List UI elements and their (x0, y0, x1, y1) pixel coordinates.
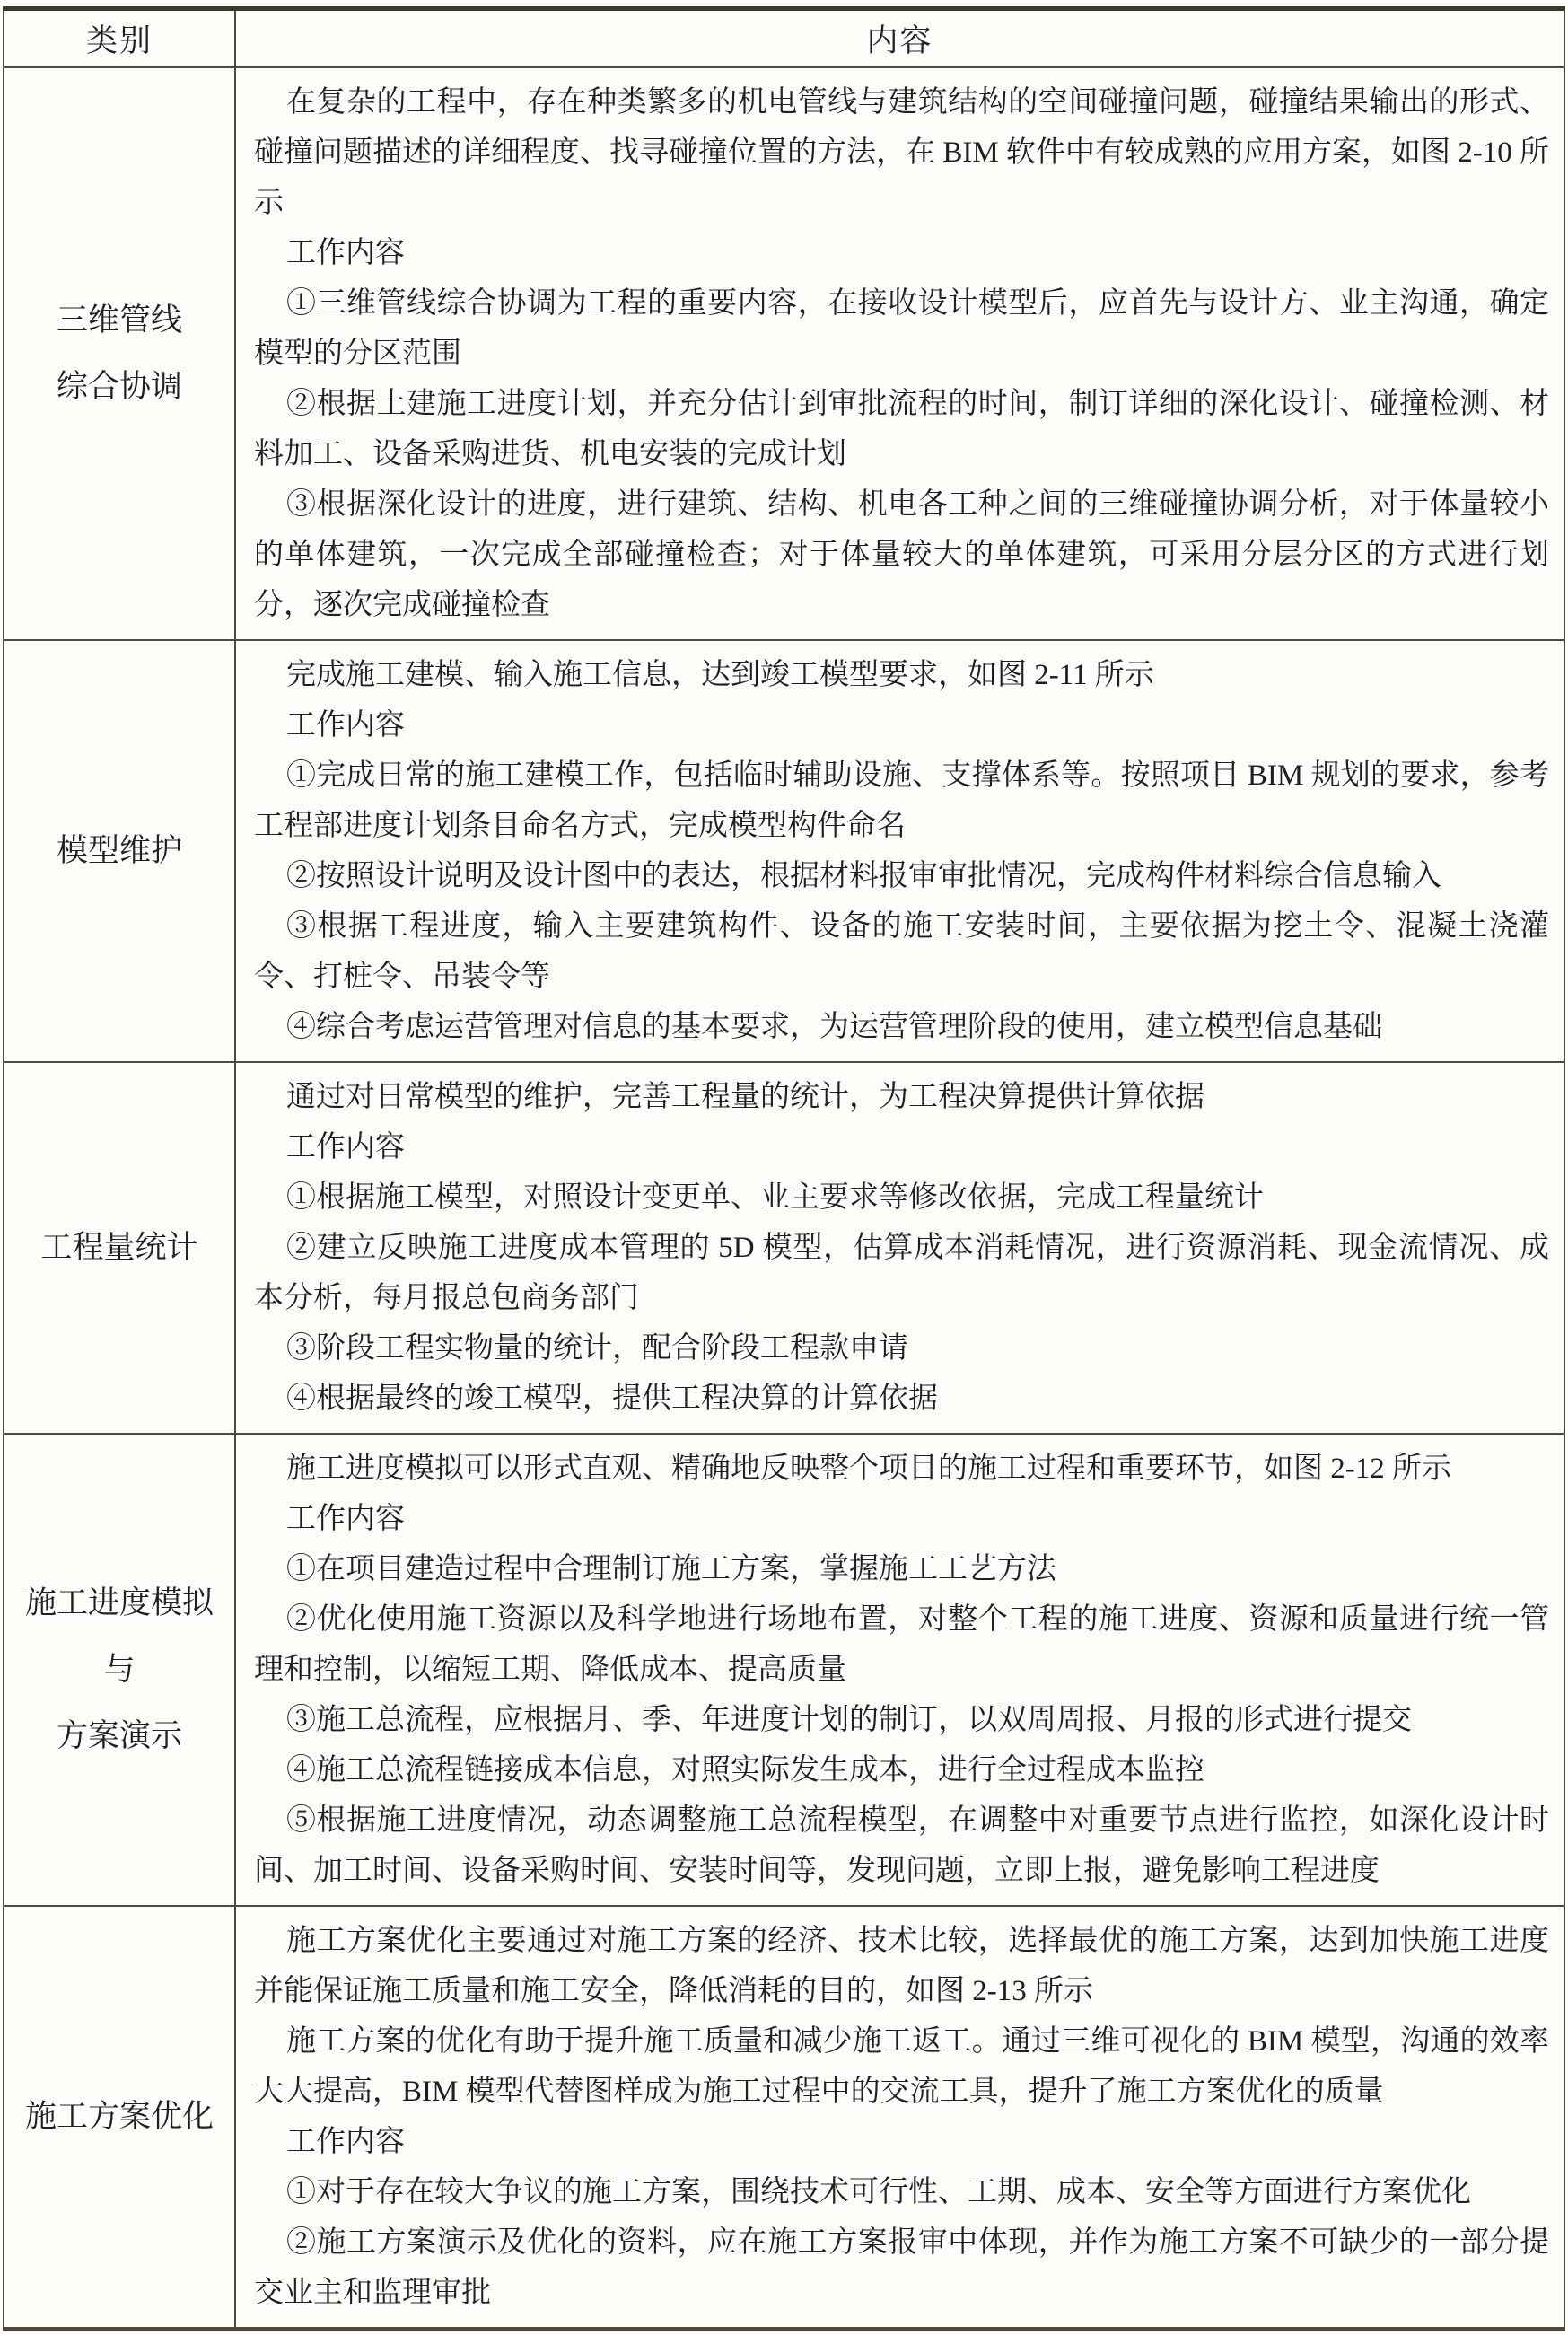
content-paragraph: 完成施工建模、输入施工信息，达到竣工模型要求，如图 2-11 所示 (254, 650, 1549, 700)
content-paragraph: ①在项目建造过程中合理制订施工方案，掌握施工工艺方法 (254, 1544, 1549, 1594)
content-paragraph: ⑤根据施工进度情况，动态调整施工总流程模型，在调整中对重要节点进行监控，如深化设… (254, 1795, 1549, 1896)
content-paragraph: 工作内容 (254, 1494, 1549, 1544)
content-paragraph: ③阶段工程实物量的统计，配合阶段工程款申请 (254, 1323, 1549, 1374)
content-paragraph: 施工方案的优化有助于提升施工质量和减少施工返工。通过三维可视化的 BIM 模型，… (254, 2016, 1549, 2117)
content-cell: 通过对日常模型的维护，完善工程量的统计，为工程决算提供计算依据工作内容①根据施工… (235, 1062, 1564, 1434)
category-cell: 施工方案优化 (4, 1906, 235, 2329)
category-cell: 工程量统计 (4, 1062, 235, 1434)
header-content: 内容 (235, 9, 1564, 68)
content-paragraph: 工作内容 (254, 228, 1549, 278)
content-paragraph: ②施工方案演示及优化的资料，应在施工方案报审中体现，并作为施工方案不可缺少的一部… (254, 2217, 1549, 2318)
header-row: 类别 内容 (4, 9, 1564, 68)
content-paragraph: 工作内容 (254, 700, 1549, 751)
table-row: 工程量统计通过对日常模型的维护，完善工程量的统计，为工程决算提供计算依据工作内容… (4, 1062, 1564, 1434)
document-page: 类别 内容 三维管线综合协调在复杂的工程中，存在种类繁多的机电管线与建筑结构的空… (0, 0, 1568, 2335)
header-category: 类别 (4, 9, 235, 68)
content-paragraph: 施工方案优化主要通过对施工方案的经济、技术比较，选择最优的施工方案，达到加快施工… (254, 1916, 1549, 2016)
content-paragraph: ②优化使用施工资源以及科学地进行场地布置，对整个工程的施工进度、资源和质量进行统… (254, 1594, 1549, 1695)
content-cell: 施工方案优化主要通过对施工方案的经济、技术比较，选择最优的施工方案，达到加快施工… (235, 1906, 1564, 2329)
content-paragraph: ①根据施工模型，对照设计变更单、业主要求等修改依据，完成工程量统计 (254, 1172, 1549, 1223)
content-paragraph: ③根据深化设计的进度，进行建筑、结构、机电各工种之间的三维碰撞协调分析，对于体量… (254, 479, 1549, 630)
category-cell: 三维管线综合协调 (4, 67, 235, 640)
table-row: 施工进度模拟与方案演示施工进度模拟可以形式直观、精确地反映整个项目的施工过程和重… (4, 1434, 1564, 1906)
content-paragraph: ①对于存在较大争议的施工方案，围绕技术可行性、工期、成本、安全等方面进行方案优化 (254, 2167, 1549, 2217)
content-cell: 施工进度模拟可以形式直观、精确地反映整个项目的施工过程和重要环节，如图 2-12… (235, 1434, 1564, 1906)
content-paragraph: 工作内容 (254, 1122, 1549, 1172)
content-cell: 完成施工建模、输入施工信息，达到竣工模型要求，如图 2-11 所示工作内容①完成… (235, 640, 1564, 1062)
content-paragraph: ③根据工程进度，输入主要建筑构件、设备的施工安装时间，主要依据为挖土令、混凝土浇… (254, 901, 1549, 1002)
table-row: 施工方案优化施工方案优化主要通过对施工方案的经济、技术比较，选择最优的施工方案，… (4, 1906, 1564, 2329)
content-paragraph: ③施工总流程，应根据月、季、年进度计划的制订，以双周周报、月报的形式进行提交 (254, 1695, 1549, 1745)
content-paragraph: ①完成日常的施工建模工作，包括临时辅助设施、支撑体系等。按照项目 BIM 规划的… (254, 751, 1549, 851)
content-paragraph: ④根据最终的竣工模型，提供工程决算的计算依据 (254, 1374, 1549, 1424)
category-cell: 施工进度模拟与方案演示 (4, 1434, 235, 1906)
content-paragraph: 在复杂的工程中，存在种类繁多的机电管线与建筑结构的空间碰撞问题，碰撞结果输出的形… (254, 77, 1549, 228)
category-cell: 模型维护 (4, 640, 235, 1062)
content-cell: 在复杂的工程中，存在种类繁多的机电管线与建筑结构的空间碰撞问题，碰撞结果输出的形… (235, 67, 1564, 640)
content-paragraph: ④综合考虑运营管理对信息的基本要求，为运营管理阶段的使用，建立模型信息基础 (254, 1002, 1549, 1052)
content-paragraph: 施工进度模拟可以形式直观、精确地反映整个项目的施工过程和重要环节，如图 2-12… (254, 1444, 1549, 1494)
content-paragraph: ②建立反映施工进度成本管理的 5D 模型，估算成本消耗情况，进行资源消耗、现金流… (254, 1223, 1549, 1323)
content-paragraph: 通过对日常模型的维护，完善工程量的统计，为工程决算提供计算依据 (254, 1072, 1549, 1122)
content-paragraph: ①三维管线综合协调为工程的重要内容，在接收设计模型后，应首先与设计方、业主沟通，… (254, 278, 1549, 379)
table-body: 三维管线综合协调在复杂的工程中，存在种类繁多的机电管线与建筑结构的空间碰撞问题，… (4, 67, 1564, 2329)
table-row: 三维管线综合协调在复杂的工程中，存在种类繁多的机电管线与建筑结构的空间碰撞问题，… (4, 67, 1564, 640)
content-paragraph: 工作内容 (254, 2117, 1549, 2167)
content-paragraph: ②根据土建施工进度计划，并充分估计到审批流程的时间，制订详细的深化设计、碰撞检测… (254, 379, 1549, 479)
bim-work-content-table: 类别 内容 三维管线综合协调在复杂的工程中，存在种类繁多的机电管线与建筑结构的空… (3, 6, 1565, 2331)
table-row: 模型维护完成施工建模、输入施工信息，达到竣工模型要求，如图 2-11 所示工作内… (4, 640, 1564, 1062)
content-paragraph: ④施工总流程链接成本信息，对照实际发生成本，进行全过程成本监控 (254, 1745, 1549, 1795)
content-paragraph: ②按照设计说明及设计图中的表达，根据材料报审审批情况，完成构件材料综合信息输入 (254, 851, 1549, 901)
